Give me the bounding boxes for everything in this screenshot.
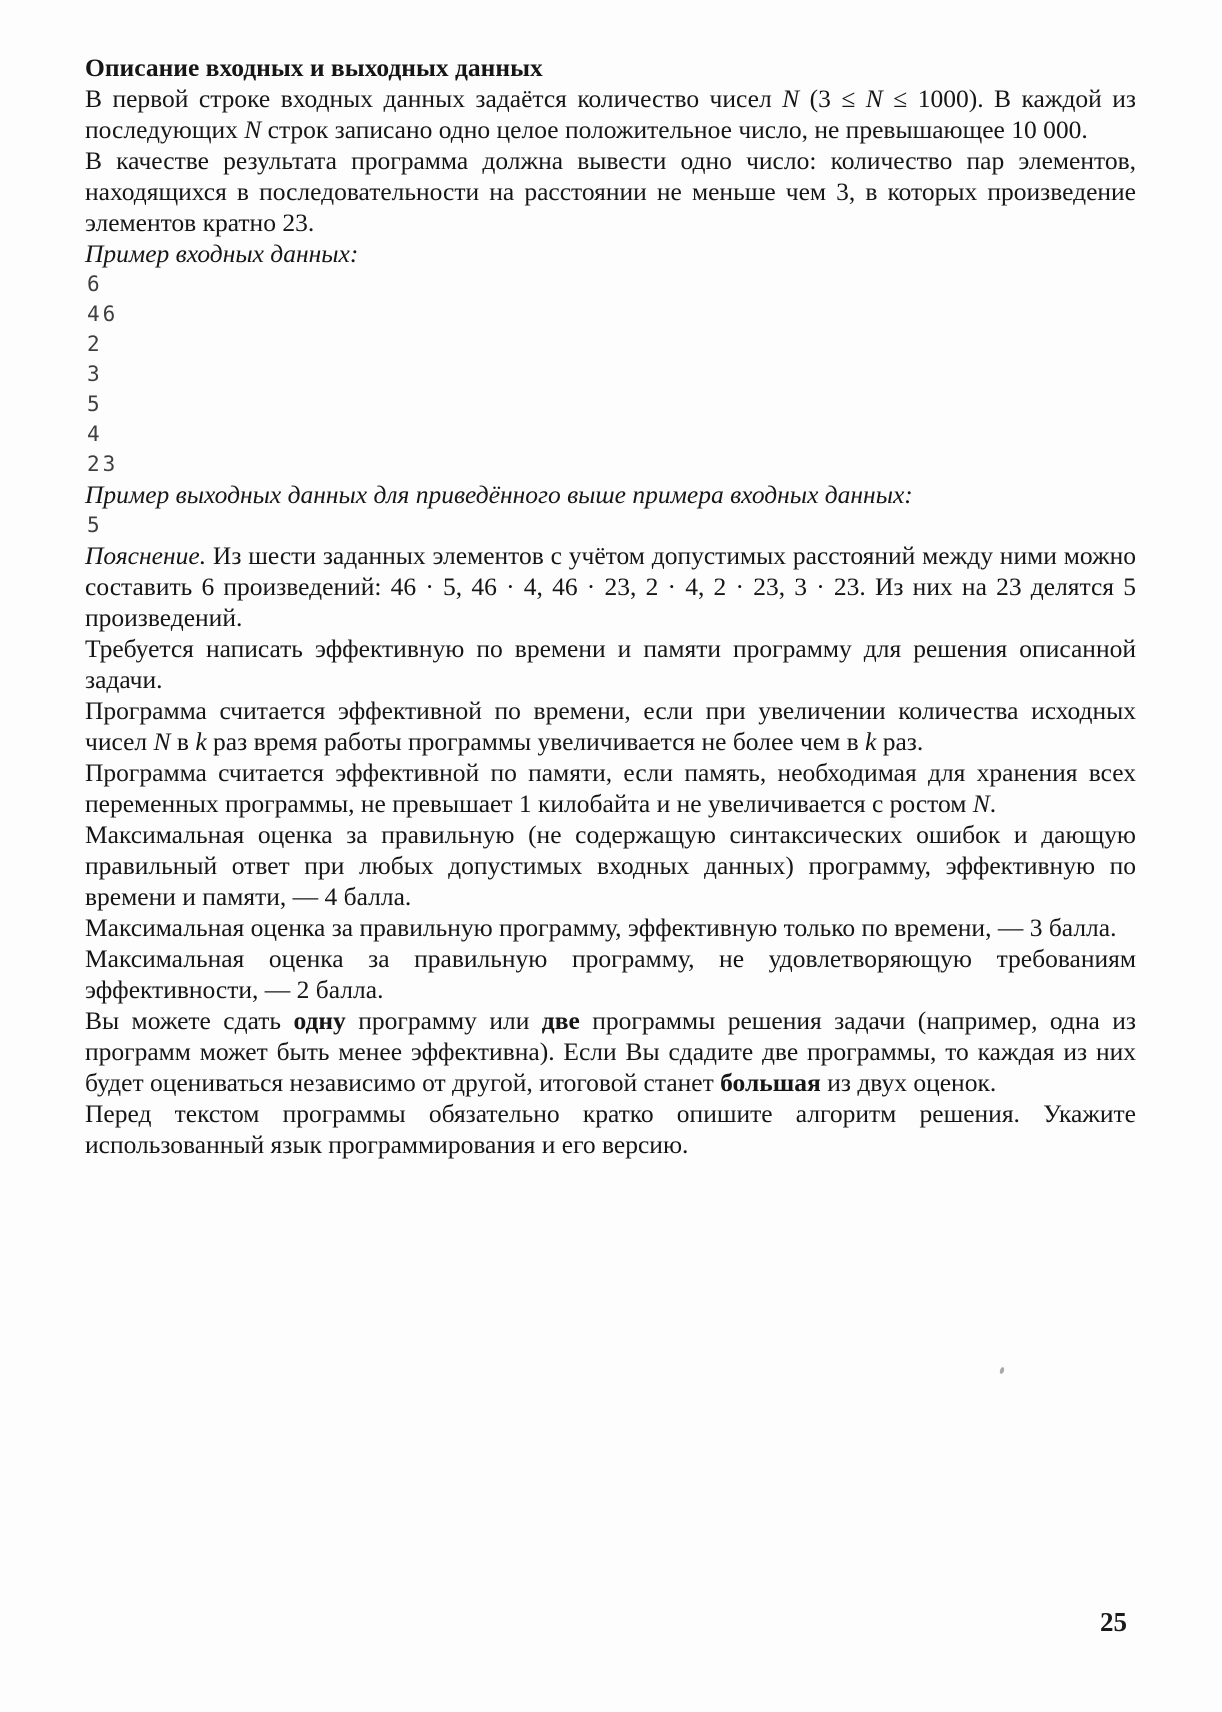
sample-data-line: 5 <box>85 510 1136 540</box>
italic-text: Пример входных данных: <box>85 239 358 268</box>
paragraph: В первой строке входных данных задаётся … <box>85 83 1136 145</box>
text-run: В качестве результата программа должна в… <box>85 146 1136 237</box>
text-run: из двух оценок. <box>821 1068 996 1097</box>
sample-data-line: 46 <box>85 299 1136 329</box>
paragraph: Пример выходных данных для приведённого … <box>85 479 1136 510</box>
paragraph: Пояснение. Из шести заданных элементов с… <box>85 540 1136 633</box>
text-run: Вы можете сдать <box>85 1006 293 1035</box>
task-text: Описание входных и выходных данныхВ перв… <box>85 52 1136 1160</box>
text-run: Максимальная оценка за правильную програ… <box>85 944 1136 1004</box>
page-number: 25 <box>1100 1606 1127 1638</box>
text-run: . <box>990 789 996 818</box>
paragraph: Программа считается эффективной по време… <box>85 695 1136 757</box>
paragraph: Максимальная оценка за правильную (не со… <box>85 819 1136 912</box>
paragraph: Вы можете сдать одну программу или две п… <box>85 1005 1136 1098</box>
italic-text: N <box>866 84 883 113</box>
paragraph: Программа считается эффективной по памят… <box>85 757 1136 819</box>
text-run: раз время работы программы увеличивается… <box>207 727 865 756</box>
text-run: Требуется написать эффективную по времен… <box>85 634 1136 694</box>
text-run: В первой строке входных данных задаётся … <box>85 84 782 113</box>
paragraph: Максимальная оценка за правильную програ… <box>85 912 1136 943</box>
sample-data-block: 5 <box>85 510 1136 540</box>
bold-text: большая <box>720 1068 821 1097</box>
italic-text: N <box>973 789 990 818</box>
sample-data-line: 3 <box>85 359 1136 389</box>
italic-text: k <box>195 727 206 756</box>
sample-data-line: 6 <box>85 269 1136 299</box>
bold-text: две <box>542 1006 580 1035</box>
section-heading: Описание входных и выходных данных <box>85 52 1136 83</box>
scan-speck <box>999 1367 1005 1375</box>
italic-text: N <box>782 84 799 113</box>
text-run: (3 ≤ <box>799 84 866 113</box>
paragraph: Пример входных данных: <box>85 238 1136 269</box>
italic-text: k <box>865 727 876 756</box>
text-run: Перед текстом программы обязательно крат… <box>85 1099 1136 1159</box>
sample-data-block: 646235423 <box>85 269 1136 479</box>
text-run: Максимальная оценка за правильную програ… <box>85 913 1116 942</box>
sample-data-line: 2 <box>85 329 1136 359</box>
paragraph: Максимальная оценка за правильную програ… <box>85 943 1136 1005</box>
italic-text: Пояснение. <box>85 541 206 570</box>
text-run: раз. <box>876 727 923 756</box>
text-run: программу или <box>346 1006 542 1035</box>
sample-data-line: 5 <box>85 389 1136 419</box>
text-run: Из шести заданных элементов с учётом доп… <box>85 541 1136 632</box>
italic-text: Пример выходных данных для приведённого … <box>85 480 913 509</box>
paragraph: Перед текстом программы обязательно крат… <box>85 1098 1136 1160</box>
paragraph: Требуется написать эффективную по времен… <box>85 633 1136 695</box>
sample-data-line: 4 <box>85 419 1136 449</box>
text-run: Максимальная оценка за правильную (не со… <box>85 820 1136 911</box>
paragraph: В качестве результата программа должна в… <box>85 145 1136 238</box>
text-run: в <box>171 727 196 756</box>
text-run: строк записано одно целое положительное … <box>261 115 1087 144</box>
italic-text: N <box>244 115 261 144</box>
sample-data-line: 23 <box>85 449 1136 479</box>
bold-text: одну <box>293 1006 345 1035</box>
italic-text: N <box>154 727 171 756</box>
scanned-book-page: Описание входных и выходных данныхВ перв… <box>0 0 1222 1712</box>
